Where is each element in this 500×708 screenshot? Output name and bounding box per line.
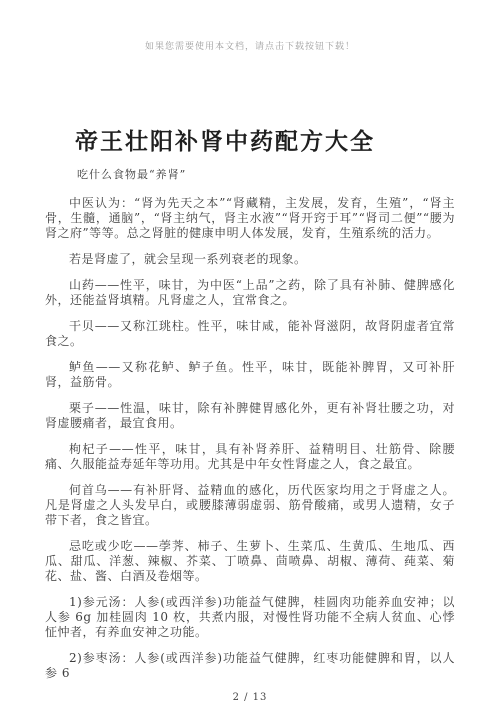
document-page: 帝王壮阳补肾中药配方大全 吃什么食物最“养肾” 中医认为：“肾为先天之本”“肾藏…: [0, 127, 500, 703]
paragraph: 栗子——性温，味甘，除有补脾健胃感化外，更有补肾壮腰之功，对肾虚腰痛者，最宜食用…: [45, 401, 455, 431]
download-notice-text: 如果您需要使用本文档，请点击下载按钮下载！: [145, 42, 355, 52]
paragraph: 2)参枣汤：人参(或西洋参)功能益气健脾，红枣功能健脾和胃，以人参 6: [45, 651, 455, 681]
paragraph: 枸杞子——性平，味甘，具有补肾养肝、益精明目、壮筋骨、除腰痛、久服能益寿延年等功…: [45, 442, 455, 472]
paragraph: 1)参元汤：人参(或西洋参)功能益气健脾，桂圆肉功能养血安神；以人参 6g 加桂…: [45, 595, 455, 640]
paragraph: 山药——性平，味甘，为中医“上品”之药，除了具有补肺、健脾感化外，还能益肾填精。…: [45, 278, 455, 308]
paragraph: 鲈鱼——又称花鲈、鲈子鱼。性平，味甘，既能补脾胃，又可补肝肾，益筋骨。: [45, 360, 455, 390]
download-notice-bar: 如果您需要使用本文档，请点击下载按钮下载！: [0, 0, 500, 53]
page-number: 2 / 13: [45, 692, 455, 703]
document-body: 中医认为：“肾为先天之本”“肾藏精，主发展，发育，生殖”，“肾主骨，生髓，通脑”…: [45, 196, 455, 681]
paragraph: 干贝——又称江珧柱。性平，味甘咸，能补肾滋阴，故肾阴虚者宜常食之。: [45, 319, 455, 349]
paragraph: 中医认为：“肾为先天之本”“肾藏精，主发展，发育，生殖”，“肾主骨，生髓，通脑”…: [45, 196, 455, 241]
paragraph: 何首乌——有补肝肾、益精血的感化，历代医家均用之于肾虚之人。凡是肾虚之人头发早白…: [45, 483, 455, 528]
paragraph: 若是肾虚了，就会呈现一系列衰老的现象。: [45, 252, 455, 267]
paragraph: 忌吃或少吃——荸荠、柿子、生萝卜、生菜瓜、生黄瓜、生地瓜、西瓜、甜瓜、洋葱、辣椒…: [45, 539, 455, 584]
page-title: 帝王壮阳补肾中药配方大全: [75, 127, 455, 157]
page-subtitle: 吃什么食物最“养肾”: [77, 166, 455, 182]
